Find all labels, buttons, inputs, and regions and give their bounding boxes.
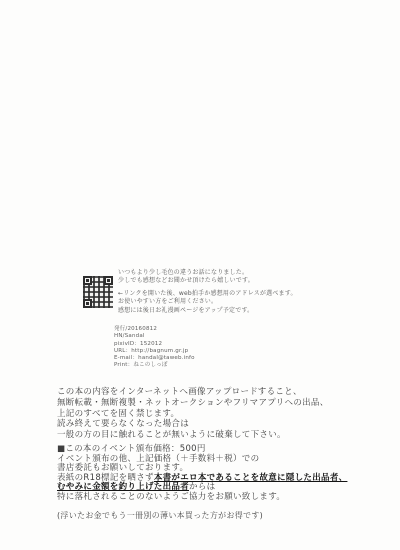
prohibition-line: 上記のすべてを固く禁じます。 — [57, 409, 329, 420]
weblink-note-line: 感想には後日お礼漫画ページをアップ予定です。 — [118, 307, 297, 315]
qr-finder-top-right-icon — [104, 276, 113, 285]
weblink-note-line: お使いやすい方をご利用ください。 — [118, 298, 297, 306]
colophon-handle-name: HN/Sandal — [114, 333, 195, 340]
prohibition-line: 無断転載・無断複製・ネットオークションやフリマアプリへの出品、 — [57, 398, 329, 409]
scanned-colophon-page: いつもより少し毛色の違うお話になりました。 少しでも感想などお聞かせ頂けたら嬉し… — [0, 0, 400, 550]
sales-notice: ■この本のイベント頒布価格：500円 イベント頒布の他、上記価格（＋手数料＋税）… — [57, 445, 347, 503]
qr-finder-bottom-left-icon — [83, 299, 92, 308]
prohibition-line: 読み終えて要らなくなった場合は — [57, 419, 329, 430]
sales-notice-line: 特に落札されることのないようご協力をお願い致します。 — [57, 493, 347, 503]
colophon-pixiv-id: pixivID：152012 — [114, 341, 195, 348]
colophon-printer: Print：ねこのしっぽ — [114, 362, 195, 369]
sales-notice-plain-text: からは — [189, 482, 215, 492]
colophon-block: 発行/20160812 HN/Sandal pixivID：152012 URL… — [114, 326, 195, 370]
sales-notice-emphasized-text: むやみに金額を釣り上げた出品者 — [57, 482, 189, 492]
weblink-note-block: ←リンクを開いた後、web拍手か感想用のアドレスが選べます。 お使いやすい方をご… — [118, 290, 297, 315]
colophon-url: URL：http://bagnum.gr.jp — [114, 348, 195, 355]
prohibition-line: この本の内容をインターネットへ画像アップロードすること、 — [57, 387, 329, 398]
qr-finder-top-left-icon — [83, 276, 92, 285]
footnote: (浮いたお金でもう一冊別の薄い本買った方がお得です) — [57, 510, 263, 521]
author-comment-line: 少しでも感想などお聞かせ頂けたら嬉しいです。 — [118, 277, 254, 285]
author-comment-block: いつもより少し毛色の違うお話になりました。 少しでも感想などお聞かせ頂けたら嬉し… — [118, 269, 254, 286]
prohibition-line: 一般の方の目に触れることが無いように破棄して下さい。 — [57, 430, 329, 441]
qr-code — [83, 276, 113, 308]
prohibition-notice: この本の内容をインターネットへ画像アップロードすること、 無断転載・無断複製・ネ… — [57, 387, 329, 441]
colophon-publish-date: 発行/20160812 — [114, 326, 195, 333]
